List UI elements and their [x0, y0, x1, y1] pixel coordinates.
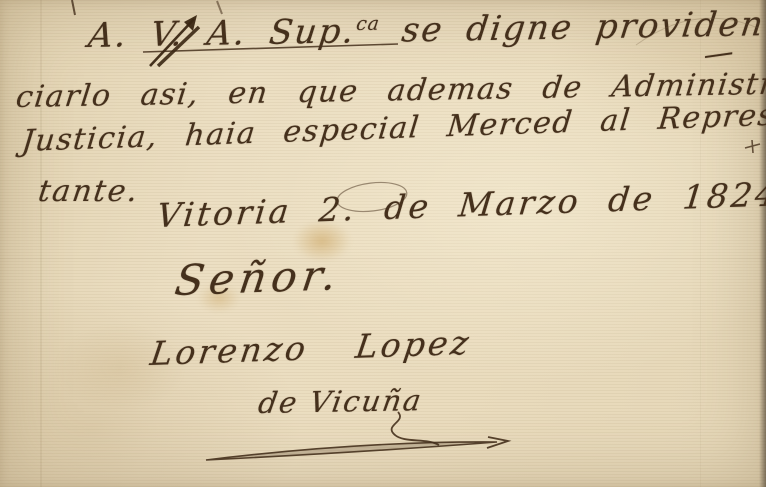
top-tick-mark-left — [72, 0, 75, 15]
petition-line-1: A. V. A. Sup.ca se digne providen — [86, 4, 766, 56]
petition-line-4: tante. — [36, 174, 142, 209]
vertical-fold-crease — [40, 0, 42, 487]
petition-line-1-start: A. V. A. Sup. — [86, 11, 358, 56]
line-end-cross-mark — [745, 140, 760, 153]
horizontal-crease — [0, 258, 766, 259]
signature-paraph-lens — [206, 442, 497, 460]
signature-paraph-arrow-tip — [487, 437, 508, 448]
top-tick-mark-mid — [217, 1, 222, 14]
salutation: Señor. — [172, 250, 345, 305]
superscript-abbreviation: ca — [355, 14, 381, 35]
manuscript-scan: A. V. A. Sup.ca se digne providen — ciar… — [0, 0, 766, 487]
signature-surname: de Vicuña — [256, 383, 425, 420]
dateline: Vitoria 2. de Marzo de 1824„ — [155, 174, 766, 235]
signature-name: Lorenzo Lopez — [148, 323, 474, 373]
